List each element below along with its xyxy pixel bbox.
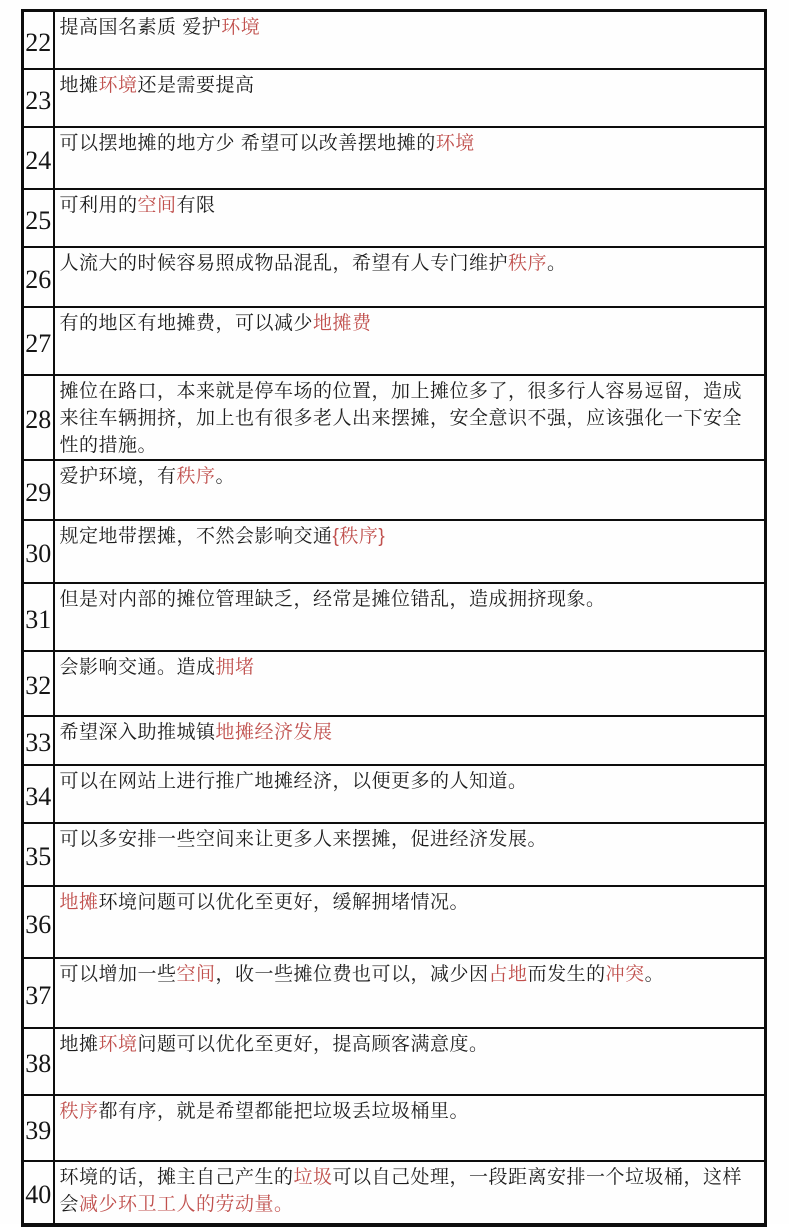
table-row: 32会影响交通。造成拥堵 xyxy=(23,651,766,716)
row-number-cell: 26 xyxy=(23,247,54,307)
highlighted-text: 地摊费 xyxy=(313,313,372,334)
row-text-cell: 可以多安排一些空间来让更多人来摆摊，促进经济发展。 xyxy=(54,823,766,886)
row-number-cell: 36 xyxy=(23,886,54,958)
plain-text: 规定地带摆摊，不然会影响交通 xyxy=(60,526,333,547)
table-row: 27有的地区有地摊费，可以减少地摊费 xyxy=(23,307,766,375)
highlighted-text: 环境 xyxy=(99,75,138,96)
row-text-cell: 希望深入助推城镇地摊经济发展 xyxy=(54,716,766,765)
row-number-cell: 31 xyxy=(23,583,54,651)
highlighted-text: 秩序 xyxy=(60,1101,99,1122)
plain-text: 环境问题可以优化至更好，缓解拥堵情况。 xyxy=(99,892,470,913)
table-row: 23地摊环境还是需要提高 xyxy=(23,69,766,127)
plain-text: 可以增加一些 xyxy=(60,964,177,985)
plain-text: 可以在网站上进行推广地摊经济，以便更多的人知道。 xyxy=(60,771,528,792)
row-number-cell: 39 xyxy=(23,1095,54,1161)
row-text-cell: 有的地区有地摊费，可以减少地摊费 xyxy=(54,307,766,375)
plain-text: 地摊 xyxy=(60,75,99,96)
table-row: 24可以摆地摊的地方少 希望可以改善摆地摊的环境 xyxy=(23,127,766,189)
plain-text: 希望深入助推城镇 xyxy=(60,722,216,743)
table-row: 35可以多安排一些空间来让更多人来摆摊，促进经济发展。 xyxy=(23,823,766,886)
highlighted-text: 空间 xyxy=(138,195,177,216)
table-row: 40环境的话，摊主自己产生的垃圾可以自己处理，一段距离安排一个垃圾桶，这样会减少… xyxy=(23,1161,766,1225)
highlighted-text: 环境 xyxy=(99,1034,138,1055)
highlighted-text: 地摊 xyxy=(60,892,99,913)
highlighted-text: 空间 xyxy=(177,964,216,985)
highlighted-text: 占地 xyxy=(489,964,528,985)
plain-text: ，收一些摊位费也可以，减少因 xyxy=(216,964,489,985)
row-text-cell: 提高国名素质 爱护环境 xyxy=(54,11,766,69)
table-row: 29爱护环境，有秩序。 xyxy=(23,460,766,520)
row-text-cell: 摊位在路口，本来就是停车场的位置，加上摊位多了，很多行人容易逗留，造成来往车辆拥… xyxy=(54,375,766,460)
highlighted-text: 地摊经济发展 xyxy=(216,722,333,743)
row-number-cell: 25 xyxy=(23,189,54,247)
highlighted-text: 减少环卫工人的劳动量。 xyxy=(79,1194,294,1215)
highlighted-text: {秩序} xyxy=(333,526,386,547)
survey-table-body: 22提高国名素质 爱护环境23地摊环境还是需要提高24可以摆地摊的地方少 希望可… xyxy=(23,11,766,1225)
row-text-cell: 地摊环境问题可以优化至更好，缓解拥堵情况。 xyxy=(54,886,766,958)
row-text-cell: 环境的话，摊主自己产生的垃圾可以自己处理，一段距离安排一个垃圾桶，这样会减少环卫… xyxy=(54,1161,766,1225)
row-text-cell: 规定地带摆摊，不然会影响交通{秩序} xyxy=(54,520,766,583)
plain-text: 还是需要提高 xyxy=(138,75,255,96)
plain-text: 人流大的时候容易照成物品混乱，希望有人专门维护 xyxy=(60,253,509,274)
row-text-cell: 可利用的空间有限 xyxy=(54,189,766,247)
table-row: 22提高国名素质 爱护环境 xyxy=(23,11,766,69)
row-number-cell: 30 xyxy=(23,520,54,583)
survey-responses-table: 22提高国名素质 爱护环境23地摊环境还是需要提高24可以摆地摊的地方少 希望可… xyxy=(21,9,767,1227)
plain-text: 都有序，就是希望都能把垃圾丢垃圾桶里。 xyxy=(99,1101,470,1122)
row-number-cell: 29 xyxy=(23,460,54,520)
row-number-cell: 22 xyxy=(23,11,54,69)
table-row: 26人流大的时候容易照成物品混乱，希望有人专门维护秩序。 xyxy=(23,247,766,307)
row-text-cell: 地摊环境还是需要提高 xyxy=(54,69,766,127)
plain-text: 可以摆地摊的地方少 希望可以改善摆地摊的 xyxy=(60,133,436,154)
row-number-cell: 40 xyxy=(23,1161,54,1225)
plain-text: 。 xyxy=(547,253,567,274)
row-number-cell: 37 xyxy=(23,958,54,1028)
row-number-cell: 23 xyxy=(23,69,54,127)
row-text-cell: 地摊环境问题可以优化至更好，提高顾客满意度。 xyxy=(54,1028,766,1095)
highlighted-text: 环境 xyxy=(221,17,260,38)
highlighted-text: 垃圾 xyxy=(294,1167,333,1188)
highlighted-text: 冲突 xyxy=(606,964,645,985)
table-row: 37可以增加一些空间，收一些摊位费也可以，减少因占地而发生的冲突。 xyxy=(23,958,766,1028)
highlighted-text: 秩序 xyxy=(508,253,547,274)
plain-text: 环境的话，摊主自己产生的 xyxy=(60,1167,294,1188)
table-row: 39秩序都有序，就是希望都能把垃圾丢垃圾桶里。 xyxy=(23,1095,766,1161)
row-number-cell: 34 xyxy=(23,765,54,823)
table-row: 38地摊环境问题可以优化至更好，提高顾客满意度。 xyxy=(23,1028,766,1095)
plain-text: 。 xyxy=(216,466,236,487)
row-number-cell: 27 xyxy=(23,307,54,375)
table-row: 33希望深入助推城镇地摊经济发展 xyxy=(23,716,766,765)
plain-text: 而发生的 xyxy=(528,964,606,985)
row-text-cell: 可以在网站上进行推广地摊经济，以便更多的人知道。 xyxy=(54,765,766,823)
row-text-cell: 秩序都有序，就是希望都能把垃圾丢垃圾桶里。 xyxy=(54,1095,766,1161)
plain-text: 地摊 xyxy=(60,1034,99,1055)
plain-text: 可以多安排一些空间来让更多人来摆摊，促进经济发展。 xyxy=(60,829,548,850)
row-number-cell: 24 xyxy=(23,127,54,189)
table-row: 34可以在网站上进行推广地摊经济，以便更多的人知道。 xyxy=(23,765,766,823)
row-number-cell: 38 xyxy=(23,1028,54,1095)
highlighted-text: 秩序 xyxy=(177,466,216,487)
table-row: 31但是对内部的摊位管理缺乏，经常是摊位错乱，造成拥挤现象。 xyxy=(23,583,766,651)
plain-text: 爱护环境，有 xyxy=(60,466,177,487)
plain-text: 。 xyxy=(645,964,665,985)
row-number-cell: 32 xyxy=(23,651,54,716)
plain-text: 可利用的 xyxy=(60,195,138,216)
row-text-cell: 人流大的时候容易照成物品混乱，希望有人专门维护秩序。 xyxy=(54,247,766,307)
row-text-cell: 爱护环境，有秩序。 xyxy=(54,460,766,520)
highlighted-text: 环境 xyxy=(436,133,475,154)
row-number-cell: 35 xyxy=(23,823,54,886)
plain-text: 但是对内部的摊位管理缺乏，经常是摊位错乱，造成拥挤现象。 xyxy=(60,589,606,610)
plain-text: 有限 xyxy=(177,195,216,216)
document-page: 22提高国名素质 爱护环境23地摊环境还是需要提高24可以摆地摊的地方少 希望可… xyxy=(0,0,789,1224)
table-row: 28摊位在路口，本来就是停车场的位置，加上摊位多了，很多行人容易逗留，造成来往车… xyxy=(23,375,766,460)
row-number-cell: 33 xyxy=(23,716,54,765)
plain-text: 问题可以优化至更好，提高顾客满意度。 xyxy=(138,1034,489,1055)
table-row: 36地摊环境问题可以优化至更好，缓解拥堵情况。 xyxy=(23,886,766,958)
row-text-cell: 但是对内部的摊位管理缺乏，经常是摊位错乱，造成拥挤现象。 xyxy=(54,583,766,651)
row-text-cell: 可以增加一些空间，收一些摊位费也可以，减少因占地而发生的冲突。 xyxy=(54,958,766,1028)
row-text-cell: 会影响交通。造成拥堵 xyxy=(54,651,766,716)
plain-text: 会影响交通。造成 xyxy=(60,657,216,678)
plain-text: 提高国名素质 爱护 xyxy=(60,17,222,38)
highlighted-text: 拥堵 xyxy=(216,657,255,678)
row-number-cell: 28 xyxy=(23,375,54,460)
table-row: 25可利用的空间有限 xyxy=(23,189,766,247)
row-text-cell: 可以摆地摊的地方少 希望可以改善摆地摊的环境 xyxy=(54,127,766,189)
plain-text: 有的地区有地摊费，可以减少 xyxy=(60,313,314,334)
table-row: 30规定地带摆摊，不然会影响交通{秩序} xyxy=(23,520,766,583)
plain-text: 摊位在路口，本来就是停车场的位置，加上摊位多了，很多行人容易逗留，造成来往车辆拥… xyxy=(60,381,743,456)
